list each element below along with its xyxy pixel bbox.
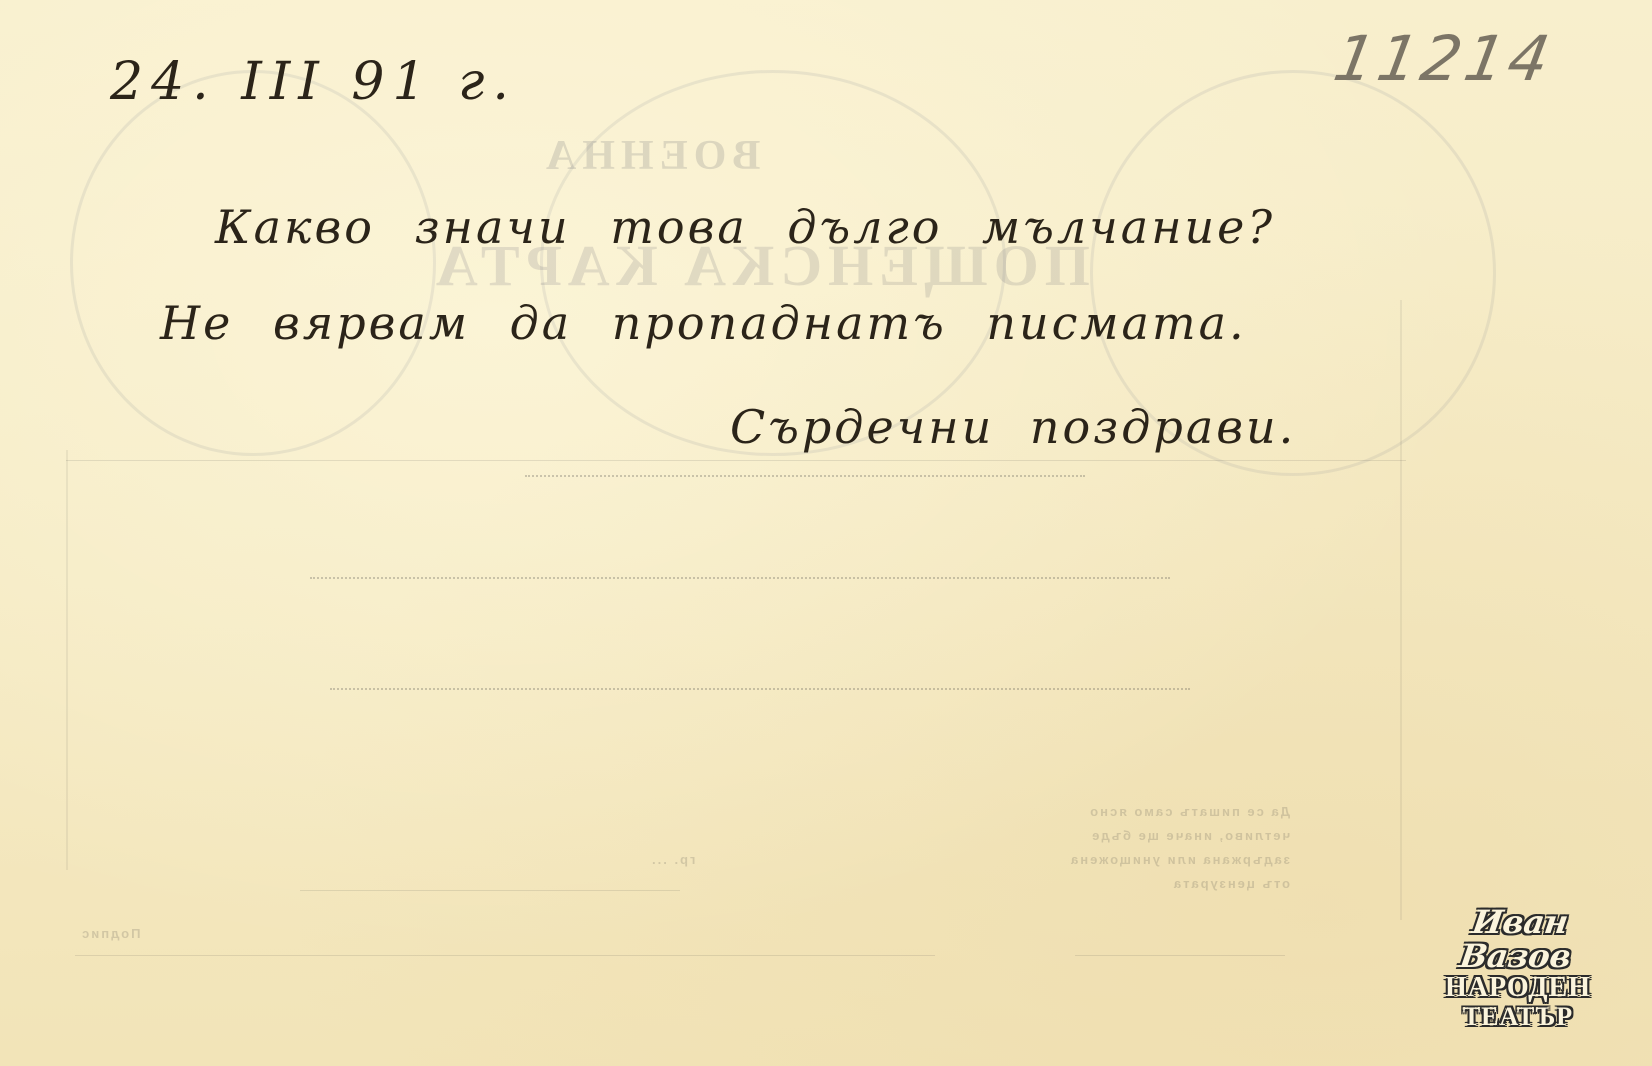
ghost-stamp-left: [70, 70, 436, 456]
ghost-border-right: [1400, 300, 1402, 920]
letter-line-1: Какво значи това дълго мълчание?: [215, 200, 1275, 254]
ghost-dotted-line-1: [525, 475, 1085, 477]
postcard: ВОЕННА ПОЩЕНСКА КАРТА Подпис гр. ... Да …: [0, 0, 1652, 1066]
ghost-label-town: гр. ...: [650, 848, 695, 872]
ghost-rule-bottom-left: [75, 955, 935, 956]
ghost-notice-line: четливо, иначе ще бъде: [990, 824, 1290, 848]
letter-line-3: Сърдечни поздрави.: [730, 400, 1296, 454]
ghost-dotted-line-3: [330, 688, 1190, 690]
ghost-dotted-line-2: [310, 577, 1170, 579]
ghost-border-left: [66, 450, 68, 870]
logo-script: Иван Вазов: [1423, 905, 1613, 973]
ghost-rule-bottom-mid: [300, 890, 680, 891]
national-theatre-logo: Иван Вазов НАРОДЕН ТЕАТЪР: [1428, 905, 1608, 1031]
ghost-notice-line: задържана или унищожена: [990, 848, 1290, 872]
ghost-postmark-center: [540, 70, 1006, 456]
ghost-rule-bottom-right: [1075, 955, 1285, 956]
archive-number: 11214: [1329, 22, 1559, 95]
letter-line-2: Не вярвам да пропаднатъ писмата.: [160, 296, 1247, 350]
ghost-rule-top: [66, 460, 1406, 461]
ghost-notice-line: отъ цензурата: [990, 872, 1290, 896]
ghost-notice-line: Да се пишатъ само ясно: [990, 800, 1290, 824]
ghost-notice: Да се пишатъ само ясно четливо, иначе ще…: [990, 800, 1290, 896]
ghost-label-sign: Подпис: [80, 922, 140, 946]
letter-date: 24. III 91 г.: [110, 52, 517, 112]
logo-subtitle: ТЕАТЪР: [1428, 1003, 1608, 1031]
logo-name: НАРОДЕН: [1428, 973, 1608, 1003]
